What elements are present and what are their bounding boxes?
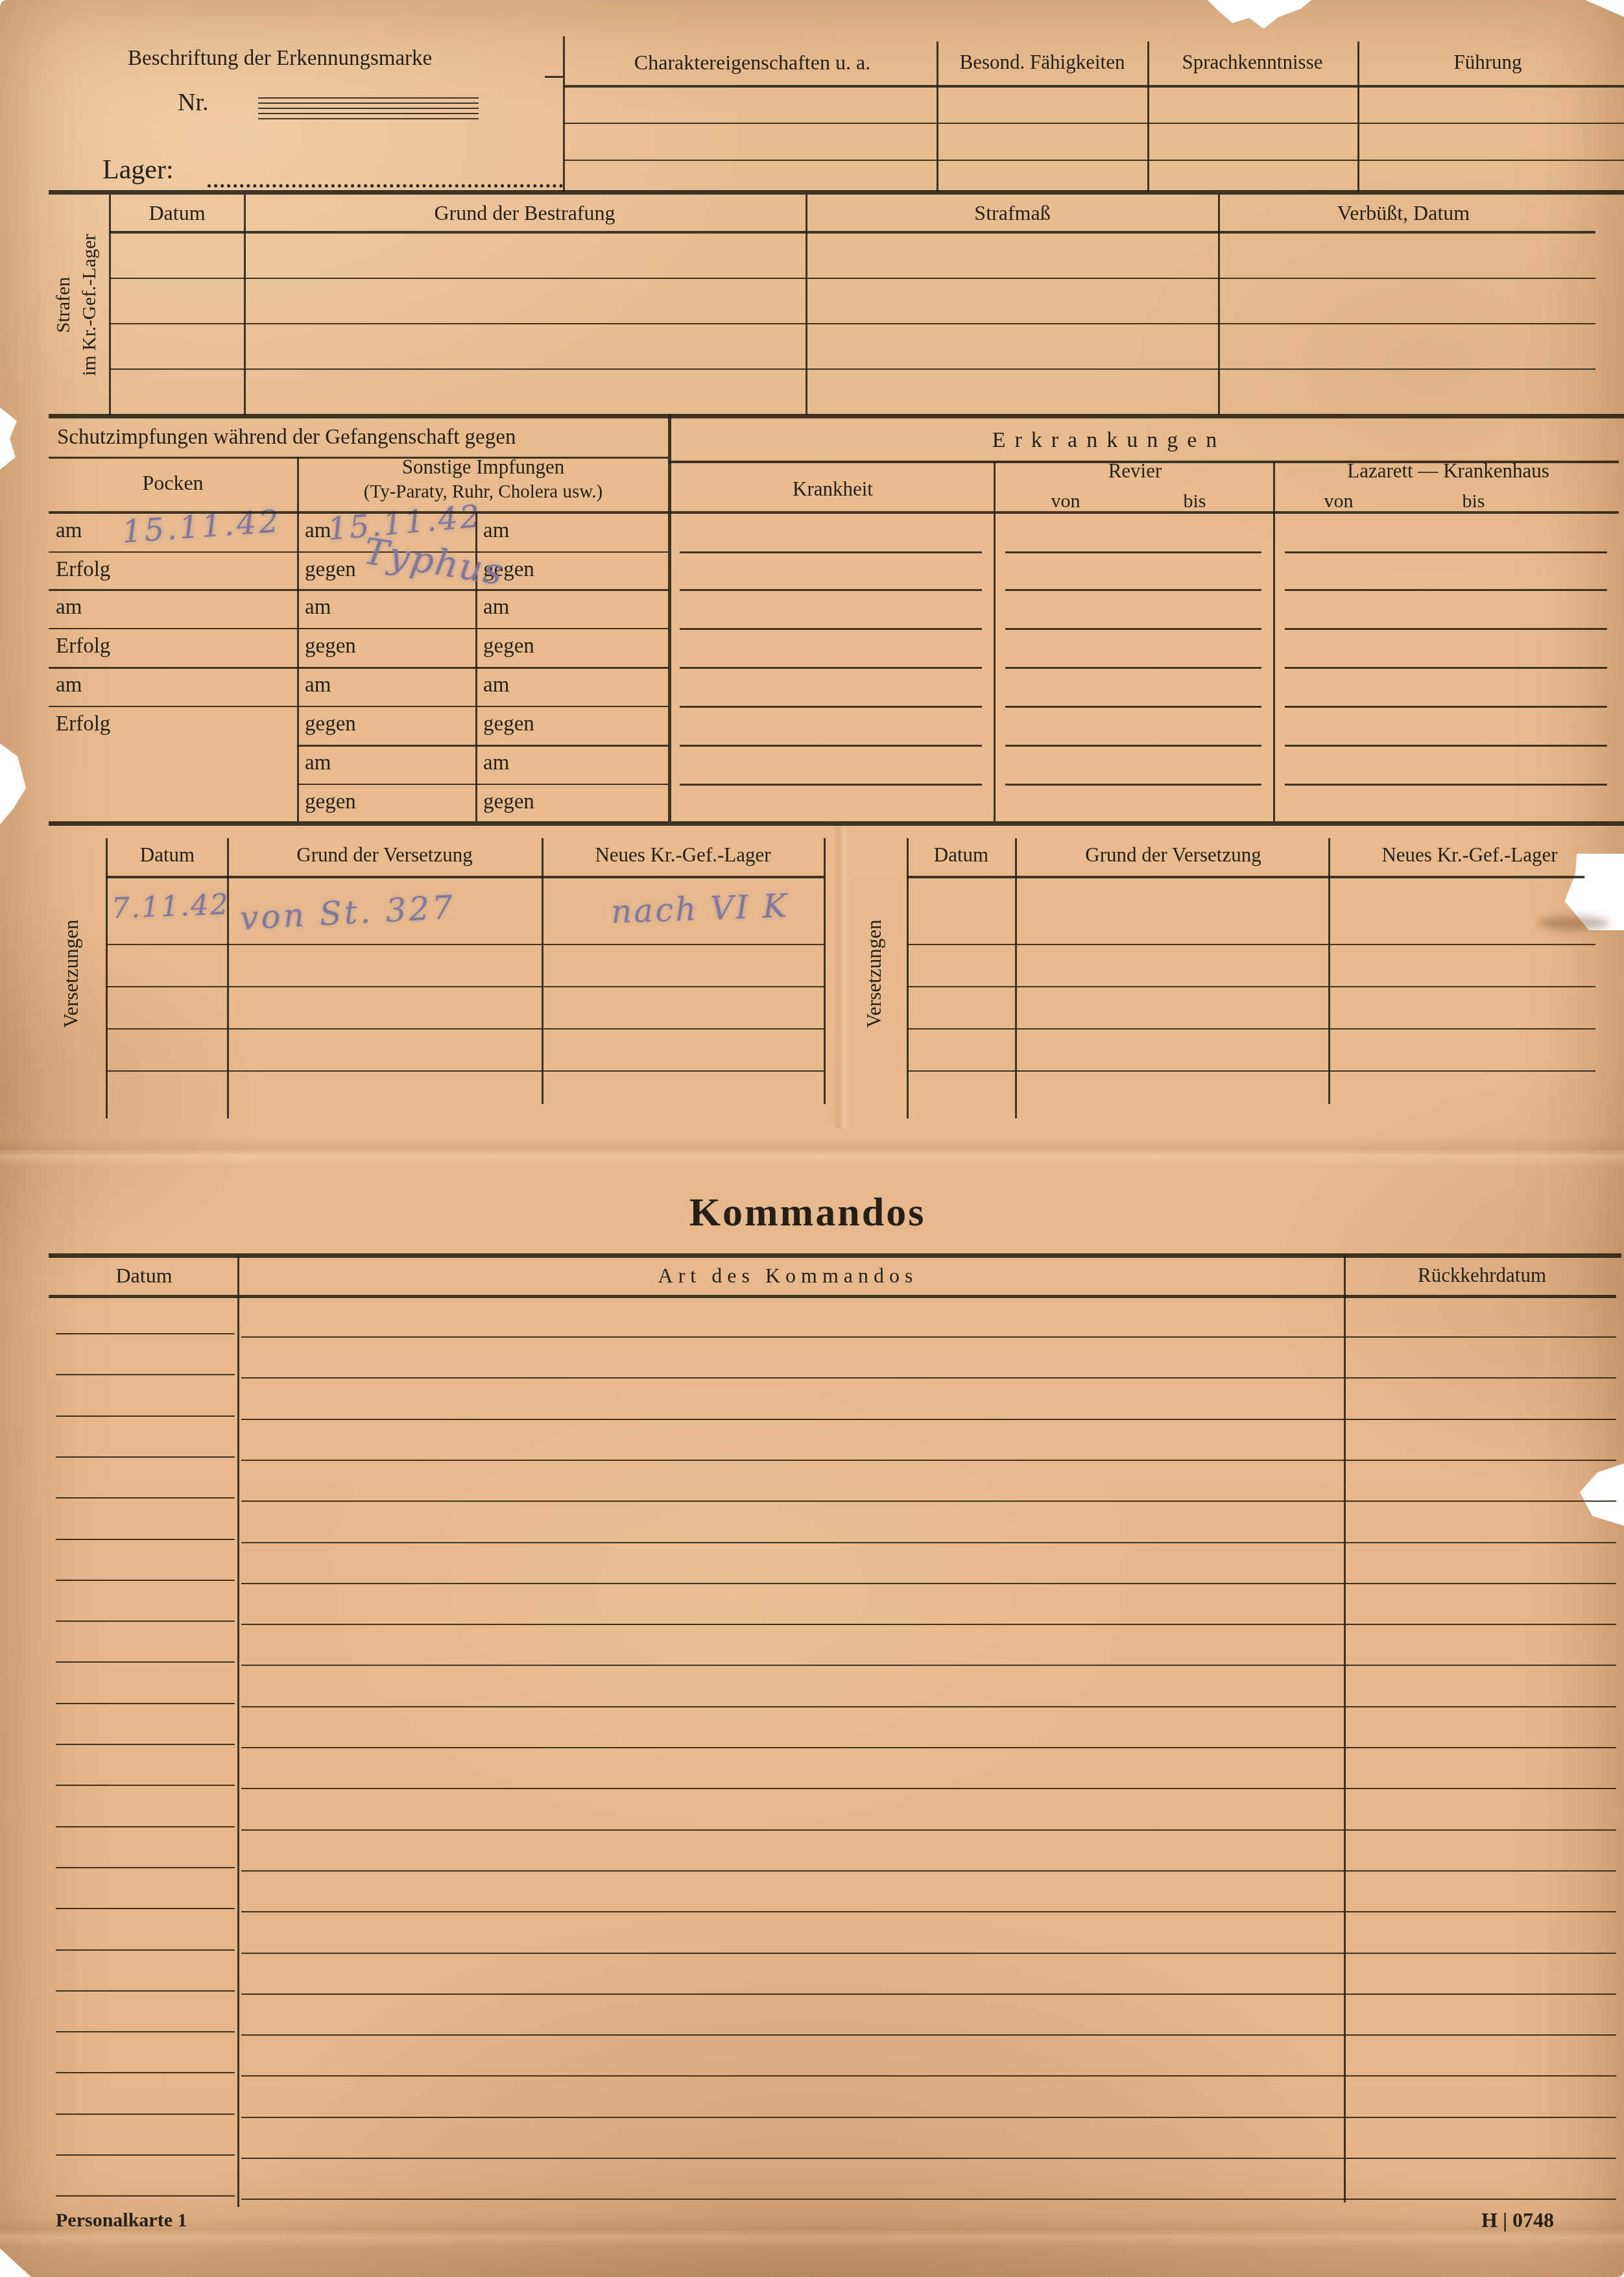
kommandos-datum-row-line bbox=[56, 2031, 235, 2032]
table-rule bbox=[49, 706, 668, 707]
impfung-am-label: am bbox=[305, 673, 331, 697]
writing-line bbox=[1285, 706, 1607, 708]
versetzungen-right-datum-header: Datum bbox=[908, 843, 1014, 867]
table-rule bbox=[1273, 462, 1275, 821]
table-rule bbox=[668, 461, 1619, 463]
table-rule bbox=[49, 667, 668, 669]
impfung-erfolg-label: Erfolg bbox=[56, 558, 110, 582]
strafen-side-label-line2: im Kr.-Gef.-Lager bbox=[78, 234, 100, 376]
table-rule bbox=[1357, 42, 1359, 192]
table-rule bbox=[49, 628, 668, 629]
kommandos-datum-row-line bbox=[56, 1333, 235, 1334]
writing-line bbox=[1005, 784, 1261, 786]
table-rule bbox=[563, 85, 1624, 88]
kommandos-datum-row-line bbox=[56, 2154, 235, 2156]
table-rule bbox=[668, 414, 671, 821]
impfung-gegen-label: gegen bbox=[483, 790, 534, 814]
impfung-am-label: am bbox=[483, 596, 509, 620]
table-rule bbox=[297, 745, 668, 747]
lager-fill-in-line bbox=[208, 156, 563, 187]
impfung-am-label: am bbox=[56, 673, 82, 697]
kommandos-datum-row-line bbox=[56, 1456, 235, 1458]
table-rule bbox=[106, 1070, 824, 1072]
table-rule bbox=[49, 1295, 1616, 1298]
kommandos-row-line bbox=[241, 1377, 1616, 1379]
kommandos-row-line bbox=[241, 1336, 1616, 1338]
impfung-am-label: am bbox=[305, 596, 331, 620]
table-rule bbox=[49, 457, 668, 459]
kommandos-datum-row-line bbox=[56, 1867, 235, 1868]
kommandos-row-line bbox=[241, 1829, 1616, 1831]
impfung-gegen-label: gegen bbox=[305, 712, 356, 736]
table-rule bbox=[106, 986, 824, 987]
kommandos-row-line bbox=[241, 1624, 1616, 1625]
versetzungen-left-side-label: Versetzungen bbox=[60, 834, 90, 1113]
versetzungen-right-grund-header: Grund der Versetzung bbox=[1020, 843, 1327, 867]
kommandos-datum-row-line bbox=[56, 1703, 235, 1704]
writing-line bbox=[1005, 706, 1261, 708]
table-rule bbox=[545, 76, 563, 78]
kommandos-row-line bbox=[241, 1747, 1616, 1748]
table-rule bbox=[244, 195, 246, 415]
table-rule bbox=[49, 551, 668, 553]
impfung-am-label: am bbox=[305, 519, 331, 543]
impfung-gegen-label: gegen bbox=[483, 634, 534, 658]
writing-line bbox=[1005, 667, 1261, 669]
kommandos-row-line bbox=[241, 1583, 1616, 1584]
table-rule bbox=[668, 511, 1619, 514]
writing-line bbox=[680, 589, 982, 591]
strafen-side-label-line1: Strafen bbox=[53, 277, 74, 333]
impfung-am-label: am bbox=[483, 673, 509, 697]
form-name-footer: Personalkarte 1 bbox=[56, 2210, 187, 2232]
erkrankungen-title: Erkrankungen bbox=[785, 428, 1433, 453]
table-rule bbox=[49, 511, 668, 514]
impfung-am-label: am bbox=[56, 596, 82, 620]
table-rule bbox=[49, 414, 1624, 418]
lager-label: Lager: bbox=[102, 154, 174, 186]
kommandos-datum-row-line bbox=[56, 1497, 235, 1499]
pocken-header: Pocken bbox=[49, 471, 297, 495]
sprachkenntnisse-header: Sprachkenntnisse bbox=[1149, 51, 1355, 74]
table-rule bbox=[1015, 838, 1017, 1118]
writing-line bbox=[1005, 745, 1261, 747]
kommandos-datum-row-line bbox=[56, 2072, 235, 2073]
impfung-erfolg-label: Erfolg bbox=[56, 634, 110, 658]
grund-der-bestrafung-header: Grund der Bestrafung bbox=[246, 201, 803, 225]
writing-line bbox=[1285, 745, 1607, 747]
kommandos-datum-row-line bbox=[56, 1744, 235, 1745]
kommandos-datum-row-line bbox=[56, 1539, 235, 1540]
kommandos-row-line bbox=[241, 2075, 1616, 2077]
kommandos-row-line bbox=[241, 2034, 1616, 2036]
kommandos-row-line bbox=[241, 1994, 1616, 1995]
writing-line bbox=[1005, 551, 1261, 553]
kommandos-datum-row-line bbox=[56, 2114, 235, 2115]
table-rule bbox=[227, 838, 229, 1118]
table-rule bbox=[907, 944, 1595, 945]
writing-line bbox=[680, 628, 982, 630]
table-rule bbox=[109, 278, 1595, 279]
table-rule bbox=[1147, 42, 1149, 192]
kommandos-row-line bbox=[241, 1870, 1616, 1872]
writing-line bbox=[680, 551, 982, 553]
table-rule bbox=[49, 1253, 1621, 1258]
strafmass-header: Strafmaß bbox=[809, 201, 1215, 225]
kommandos-row-line bbox=[241, 1665, 1616, 1666]
table-rule bbox=[824, 838, 826, 1104]
table-rule bbox=[49, 190, 1624, 195]
kommandos-datum-row-line bbox=[56, 1990, 235, 1992]
kommandos-row-line bbox=[241, 1500, 1616, 1502]
table-rule bbox=[1218, 195, 1220, 415]
table-rule bbox=[109, 231, 1595, 234]
table-rule bbox=[907, 876, 1584, 878]
beschriftung-label: Beschriftung der Erkennungsmarke bbox=[128, 47, 432, 71]
kommandos-datum-row-line bbox=[56, 1374, 235, 1375]
sonstige-impfungen-header-line2: (Ty-Paraty, Ruhr, Cholera usw.) bbox=[298, 481, 668, 503]
kommandos-row-line bbox=[241, 1788, 1616, 1789]
nr-ruled-line bbox=[258, 118, 479, 119]
revier-von-label: von bbox=[1014, 490, 1117, 512]
table-rule bbox=[907, 986, 1595, 987]
kommandos-row-line bbox=[241, 2199, 1616, 2200]
writing-line bbox=[1285, 589, 1607, 591]
kommandos-row-line bbox=[241, 1542, 1616, 1543]
writing-line bbox=[680, 745, 982, 747]
writing-line bbox=[1285, 667, 1607, 669]
nr-ruled-line bbox=[258, 113, 479, 114]
kommandos-datum-row-line bbox=[56, 1908, 235, 1909]
revier-bis-label: bis bbox=[1143, 490, 1247, 512]
kommandos-art-header: Art des Kommandos bbox=[454, 1264, 1122, 1288]
kommandos-datum-row-line bbox=[56, 1785, 235, 1786]
table-rule bbox=[106, 838, 108, 1118]
versetzungen-right-side-label: Versetzungen bbox=[863, 834, 892, 1113]
kommandos-datum-row-line bbox=[56, 1620, 235, 1622]
kommandos-datum-row-line bbox=[56, 2195, 235, 2197]
table-rule bbox=[907, 1028, 1595, 1030]
handwritten-versetzung-datum: 7.11.42 bbox=[111, 888, 230, 925]
impfung-gegen-label: gegen bbox=[305, 634, 356, 658]
kommandos-datum-row-line bbox=[56, 1949, 235, 1951]
table-rule bbox=[907, 1070, 1595, 1072]
kommandos-datum-row-line bbox=[56, 1416, 235, 1417]
writing-line bbox=[1285, 551, 1607, 553]
table-rule bbox=[49, 589, 668, 591]
kommandos-datum-row-line bbox=[56, 1661, 235, 1663]
kommandos-row-line bbox=[241, 1706, 1616, 1707]
impfung-am-label: am bbox=[483, 519, 509, 543]
table-rule bbox=[106, 944, 824, 945]
print-code-footer: H | 0748 bbox=[1481, 2208, 1554, 2232]
handwritten-versetzung-neues-lager: nach VI K bbox=[610, 887, 789, 931]
lazarett-von-label: von bbox=[1287, 490, 1391, 512]
krankheit-header: Krankheit bbox=[675, 477, 991, 501]
kommandos-row-line bbox=[241, 1911, 1616, 1912]
impfung-gegen-label: gegen bbox=[305, 558, 356, 582]
table-rule bbox=[237, 1255, 239, 2207]
versetzungen-left-grund-header: Grund der Versetzung bbox=[232, 843, 537, 867]
table-rule bbox=[563, 123, 1624, 124]
table-rule bbox=[297, 457, 299, 821]
table-rule bbox=[297, 784, 668, 785]
nr-label: Nr. bbox=[178, 88, 209, 117]
impfung-am-label: am bbox=[483, 751, 509, 775]
kommandos-datum-header: Datum bbox=[52, 1264, 236, 1288]
table-rule bbox=[937, 42, 938, 192]
impfung-gegen-label: gegen bbox=[483, 712, 534, 736]
writing-line bbox=[680, 667, 982, 669]
table-rule bbox=[109, 323, 1595, 324]
tear-shadow bbox=[1538, 916, 1610, 930]
lazarett-bis-label: bis bbox=[1422, 490, 1525, 512]
versetzungen-right-neues-lager-header: Neues Kr.-Gef.-Lager bbox=[1333, 843, 1606, 867]
fuehrung-header: Führung bbox=[1359, 51, 1616, 74]
table-rule bbox=[109, 368, 1595, 370]
impfung-am-label: am bbox=[305, 751, 331, 775]
sonstige-impfungen-header-line1: Sonstige Impfungen bbox=[298, 455, 668, 479]
writing-line bbox=[1005, 589, 1261, 591]
table-rule bbox=[994, 462, 996, 821]
besond-faehigkeiten-header: Besond. Fähigkeiten bbox=[939, 51, 1145, 74]
kommandos-row-line bbox=[241, 1419, 1616, 1420]
writing-line bbox=[1285, 784, 1607, 786]
kommandos-row-line bbox=[241, 2117, 1616, 2118]
nr-ruled-line bbox=[258, 102, 479, 104]
table-rule bbox=[109, 195, 111, 415]
schutzimpfungen-title: Schutzimpfungen während der Gefangenscha… bbox=[57, 426, 516, 450]
table-rule bbox=[106, 1028, 824, 1030]
verbuesst-datum-header: Verbüßt, Datum bbox=[1222, 201, 1585, 225]
charaktereigenschaften-header: Charaktereigenschaften u. a. bbox=[571, 51, 934, 75]
versetzungen-left-neues-lager-header: Neues Kr.-Gef.-Lager bbox=[546, 843, 820, 867]
kommandos-row-line bbox=[241, 1460, 1616, 1461]
writing-line bbox=[1005, 628, 1261, 630]
strafen-side-label: Strafen im Kr.-Gef.-Lager bbox=[51, 195, 109, 415]
personalkarte-back-page: Beschriftung der Erkennungsmarke Nr. Lag… bbox=[0, 0, 1624, 2277]
table-rule bbox=[907, 838, 909, 1118]
table-rule bbox=[563, 160, 1624, 161]
nr-ruled-line bbox=[258, 108, 479, 109]
kommandos-datum-row-line bbox=[56, 1826, 235, 1827]
writing-line bbox=[680, 706, 982, 708]
kommandos-title: Kommandos bbox=[483, 1190, 1132, 1236]
versetzungen-left-datum-header: Datum bbox=[108, 843, 227, 867]
kommandos-datum-row-line bbox=[56, 1580, 235, 1581]
table-rule bbox=[106, 876, 824, 878]
table-rule bbox=[563, 36, 565, 192]
writing-line bbox=[1285, 628, 1607, 630]
writing-line bbox=[680, 784, 982, 786]
kommandos-row-line bbox=[241, 1953, 1616, 1954]
kommandos-rueckkehrdatum-header: Rückkehrdatum bbox=[1348, 1264, 1616, 1287]
table-rule bbox=[1344, 1255, 1346, 2202]
table-rule bbox=[49, 821, 1624, 826]
nr-ruled-line bbox=[258, 97, 479, 99]
strafen-datum-header: Datum bbox=[112, 201, 243, 225]
table-rule bbox=[806, 195, 807, 415]
impfung-am-label: am bbox=[56, 519, 82, 543]
impfung-erfolg-label: Erfolg bbox=[56, 712, 110, 736]
kommandos-row-line bbox=[241, 2158, 1616, 2159]
impfung-gegen-label: gegen bbox=[305, 790, 356, 814]
